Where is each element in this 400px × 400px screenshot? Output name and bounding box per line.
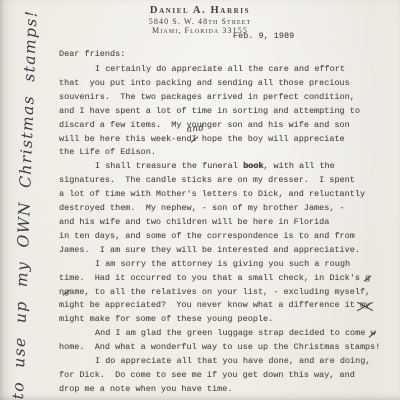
handwritten-margin-note: to use up my OWN Christmas stamps! [9, 17, 40, 399]
letter-line: might make for some of these young peopl… [59, 313, 399, 327]
overtyped-word: book [243, 161, 263, 171]
letter-line: drop me a note when you have time. [59, 383, 399, 397]
letterhead-address-city: Miami, Florida 33155 [0, 26, 400, 35]
letter-line-overtype: I shall treasure the funeral book, with … [59, 160, 399, 174]
letter-line: and his wife and two children will be he… [59, 216, 399, 230]
line-text: hope the boy will appreciate [197, 134, 345, 144]
letter-line-with-strike: And I am glad the green luggage strap de… [59, 327, 399, 341]
letter-body: I certainly do appreciate all the care a… [59, 63, 399, 397]
letter-line: signatures. The candle sticks are on my … [59, 174, 399, 188]
letterhead: Daniel A. Harris 5840 S. W. 48th Street … [0, 5, 400, 35]
letter-line: discard a few items. My younger son and … [59, 119, 399, 133]
line-text: time. Had it occurred to you that a smal… [59, 273, 365, 283]
letterhead-name: Daniel A. Harris [0, 5, 400, 16]
letter-line: I am sorry the attorney is giving you su… [59, 258, 399, 272]
letter-line-with-strike: time. Had it occurred to you that a smal… [59, 272, 399, 286]
letter-line: that you put into packing and sending al… [59, 77, 399, 91]
letter-line: in ten days, and some of the corresponde… [59, 230, 399, 244]
handwritten-insertion: andI [192, 134, 197, 144]
letter-line: I certainly do appreciate all the care a… [59, 63, 399, 77]
letter-line-with-strike: ngame, to all the relatives on your list… [59, 286, 399, 300]
letter-line: I do appreciate all that you have done, … [59, 355, 399, 369]
letter-date: Feb. 9, 1989 [233, 31, 294, 41]
letter-line: destroyed them. My nephew, - son of my b… [59, 202, 399, 216]
letter-line: and I have spent a lot of time in sortin… [59, 105, 399, 119]
letter-line: souvenirs. The two packages arrived in p… [59, 91, 399, 105]
struck-character: g [64, 286, 69, 300]
letter-line: James. I am sure they will be interested… [59, 244, 399, 258]
salutation: Dear friends: [59, 49, 125, 59]
struck-character: I [192, 133, 197, 147]
line-text: will be here this week-end [59, 134, 192, 144]
line-text: , with all the [263, 161, 334, 171]
letterhead-address-street: 5840 S. W. 48th Street [0, 17, 400, 26]
letter-line-with-insertion: will be here this week-endandI hope the … [59, 133, 399, 147]
crossed-out-word: my [360, 299, 370, 313]
line-text: ame, to all the relatives on your list, … [69, 287, 370, 297]
line-text: I shall treasure the funeral [95, 161, 243, 171]
line-text: might be appreciated? You never know wha… [59, 300, 360, 310]
letter-line-with-strike: might be appreciated? You never know wha… [59, 299, 399, 313]
letter-line: home. And what a wonderful way to use up… [59, 341, 399, 355]
letter-page: Daniel A. Harris 5840 S. W. 48th Street … [0, 0, 400, 400]
line-text: And I am glad the green luggage strap de… [95, 328, 370, 338]
letter-line: a lot of time with Mother's letters to D… [59, 188, 399, 202]
letter-line: the Life of Edison. [59, 146, 399, 160]
letter-line: for Dick. Do come to see me if you get d… [59, 369, 399, 383]
struck-character: w [370, 327, 375, 341]
struck-character: g [365, 272, 370, 286]
